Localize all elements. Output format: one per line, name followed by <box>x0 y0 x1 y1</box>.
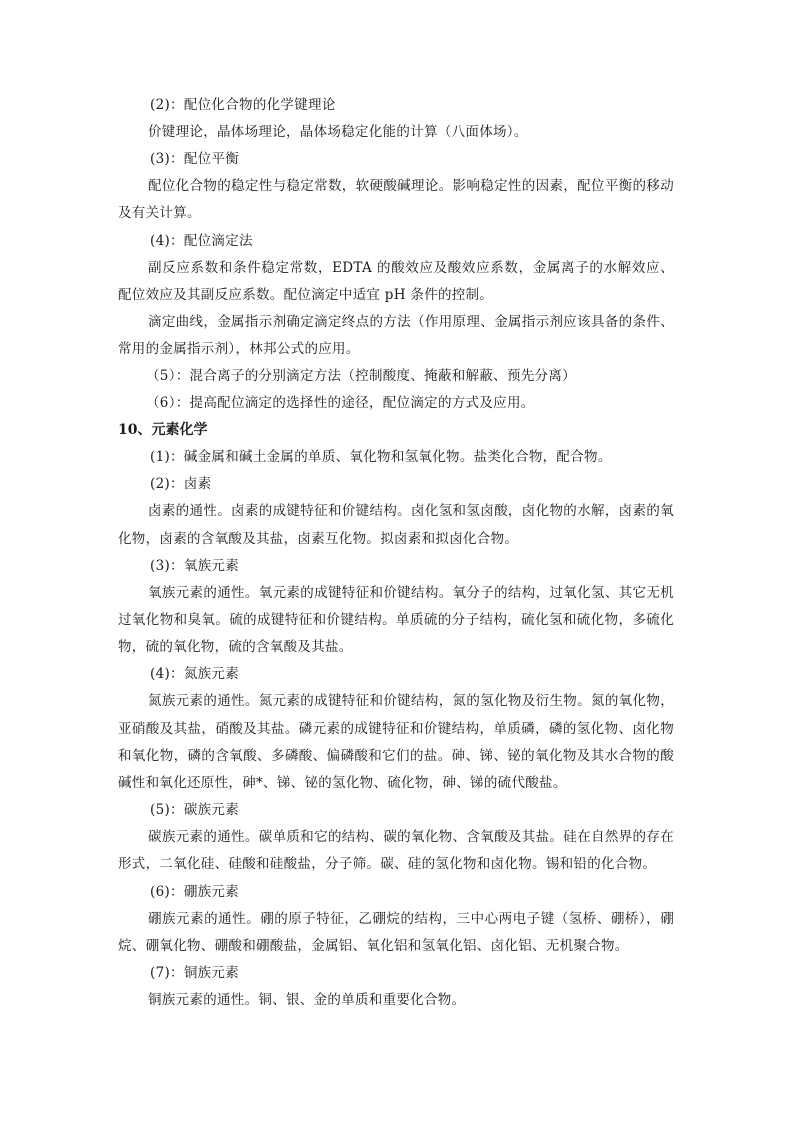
document-page: (2)：配位化合物的化学键理论 价键理论，晶体场理论，晶体场稳定化能的计算（八面… <box>118 92 674 1014</box>
subheading-oxygen-group: (3)：氧族元素 <box>118 553 674 580</box>
paragraph: 氧族元素的通性。氧元素的成键特征和价键结构。氧分子的结构，过氧化氢、其它无机过氧… <box>118 580 674 662</box>
subheading-coordination-bond-theory: (2)：配位化合物的化学键理论 <box>118 92 674 119</box>
subheading-boron-group: (6)：硼族元素 <box>118 879 674 906</box>
subheading-selectivity: （6）：提高配位滴定的选择性的途径，配位滴定的方式及应用。 <box>118 390 674 417</box>
section-heading-element-chemistry: 10、元素化学 <box>118 417 674 444</box>
subheading-complexometric-titration: (4)：配位滴定法 <box>118 228 674 255</box>
paragraph: 卤素的通性。卤素的成键特征和价键结构。卤化氢和氢卤酸，卤化物的水解，卤素的氧化物… <box>118 498 674 552</box>
subheading-nitrogen-group: (4)：氮族元素 <box>118 661 674 688</box>
paragraph: 配位化合物的稳定性与稳定常数，软硬酸碱理论。影响稳定性的因素，配位平衡的移动及有… <box>118 173 674 227</box>
subheading-halogens: (2)：卤素 <box>118 471 674 498</box>
subheading-mixed-ion-titration: （5）：混合离子的分别滴定方法（控制酸度、掩蔽和解蔽、预先分离） <box>118 363 674 390</box>
paragraph: 副反应系数和条件稳定常数，EDTA 的酸效应及酸效应系数，金属离子的水解效应、配… <box>118 255 674 309</box>
subheading-coordination-equilibrium: (3)：配位平衡 <box>118 146 674 173</box>
paragraph: 铜族元素的通性。铜、银、金的单质和重要化合物。 <box>118 987 674 1014</box>
paragraph: 价键理论，晶体场理论，晶体场稳定化能的计算（八面体场）。 <box>118 119 674 146</box>
paragraph: 碳族元素的通性。碳单质和它的结构、碳的氧化物、含氧酸及其盐。硅在自然界的存在形式… <box>118 824 674 878</box>
subheading-alkali-metals: (1)：碱金属和碱土金属的单质、氧化物和氢氧化物。盐类化合物，配合物。 <box>118 444 674 471</box>
subheading-copper-group: (7)：铜族元素 <box>118 960 674 987</box>
subheading-carbon-group: (5)：碳族元素 <box>118 797 674 824</box>
paragraph: 滴定曲线，金属指示剂确定滴定终点的方法（作用原理、金属指示剂应该具备的条件、常用… <box>118 309 674 363</box>
paragraph: 氮族元素的通性。氮元素的成键特征和价键结构，氮的氢化物及衍生物。氮的氧化物，亚硝… <box>118 688 674 797</box>
paragraph: 硼族元素的通性。硼的原子特征，乙硼烷的结构，三中心两电子键（氢桥、硼桥），硼烷、… <box>118 906 674 960</box>
